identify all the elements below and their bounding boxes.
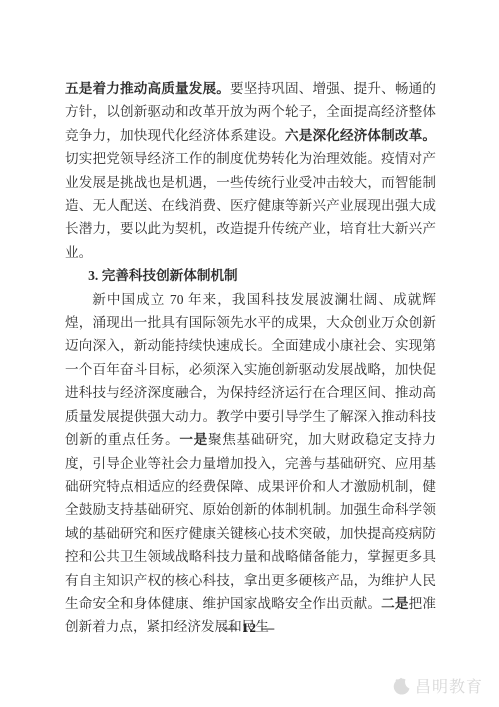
bold-text-segment: 六是深化经济体制改革。 xyxy=(285,128,436,143)
section-heading: 3. 完善科技创新体制机制 xyxy=(65,264,436,287)
watermark: 昌明教育 xyxy=(392,674,483,697)
bold-text-segment: 二是 xyxy=(381,596,409,611)
bold-text-segment: 一是 xyxy=(179,432,208,447)
text-segment: 新中国成立 70 年来，我国科技发展波澜壮阔、成就辉煌，涌现出一批具有国际领先水… xyxy=(65,292,436,447)
text-segment: 聚焦基础研究，加大财政稳定支持力度，引导企业等社会力量增加投入，完善与基础研究、… xyxy=(65,432,436,611)
document-body: 五是着力推动高质量发展。要坚持巩固、增强、提升、畅通的方针，以创新驱动和改革开放… xyxy=(65,77,436,639)
page-number: — 12 — xyxy=(0,620,499,636)
bold-text-segment: 五是着力推动高质量发展。 xyxy=(65,81,230,96)
crescent-moon-logo-icon xyxy=(392,676,412,696)
paragraph: 新中国成立 70 年来，我国科技发展波澜壮阔、成就辉煌，涌现出一批具有国际领先水… xyxy=(65,288,436,639)
watermark-text: 昌明教育 xyxy=(415,674,483,697)
document-page: 五是着力推动高质量发展。要坚持巩固、增强、提升、畅通的方针，以创新驱动和改革开放… xyxy=(0,0,499,707)
paragraph: 五是着力推动高质量发展。要坚持巩固、增强、提升、畅通的方针，以创新驱动和改革开放… xyxy=(65,77,436,264)
bold-text-segment: 3. 完善科技创新体制机制 xyxy=(88,268,238,283)
text-segment: 切实把党领导经济工作的制度优势转化为治理效能。疫情对产业发展是挑战也是机遇，一些… xyxy=(65,151,436,260)
